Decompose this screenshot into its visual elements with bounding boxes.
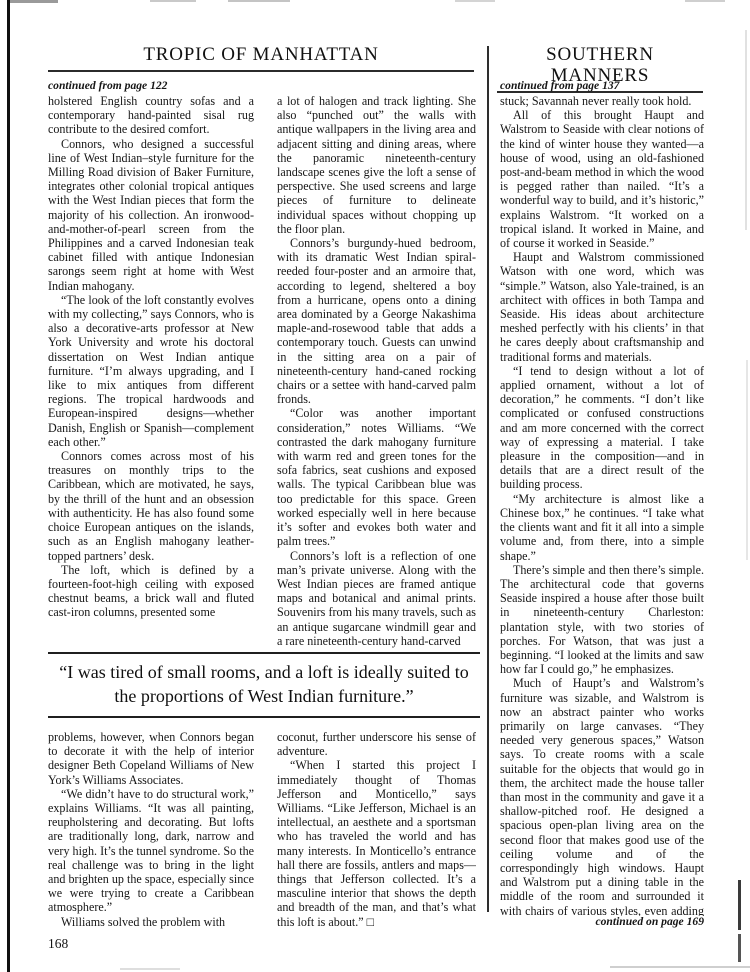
continued-from-notice-right: continued from page 137 — [500, 79, 704, 93]
scan-artifact — [150, 0, 196, 2]
left-article-title: TROPIC OF MANHATTAN — [48, 44, 474, 65]
paragraph-with-end-mark: “When I started this project I immediate… — [277, 758, 476, 928]
paragraph: Much of Haupt’s and Walstrom’s furniture… — [500, 676, 704, 916]
scan-artifact — [745, 30, 747, 230]
pull-quote: “I was tired of small rooms, and a loft … — [48, 652, 480, 718]
scan-artifact — [685, 0, 725, 2]
paragraph: “I tend to design without a lot of appli… — [500, 364, 704, 492]
left-article-column2-lower: coconut, further underscore his sense of… — [277, 730, 476, 935]
paragraph: a lot of halogen and track lighting. She… — [277, 94, 476, 236]
paragraph: problems, however, when Connors began to… — [48, 730, 254, 787]
scan-artifact — [610, 966, 750, 968]
scan-artifact — [228, 0, 290, 2]
scan-artifact — [120, 968, 180, 970]
paragraph: The loft, which is defined by a fourteen… — [48, 563, 254, 620]
left-article-column1-upper: holstered English country sofas and a co… — [48, 94, 254, 652]
magazine-page: TROPIC OF MANHATTAN SOUTHERN MANNERS con… — [0, 0, 750, 972]
scan-artifact — [746, 360, 748, 560]
paragraph: coconut, further underscore his sense of… — [277, 730, 476, 758]
paragraph: Williams solved the problem with — [48, 915, 254, 929]
paragraph: “Color was another important considerati… — [277, 406, 476, 548]
paragraph: Connors’s loft is a reflection of one ma… — [277, 549, 476, 648]
left-article-header: TROPIC OF MANHATTAN — [48, 44, 474, 72]
paragraph: “The look of the loft constantly evolves… — [48, 293, 254, 449]
paragraph: There’s simple and then there’s simple. … — [500, 563, 704, 677]
left-article-column2-upper: a lot of halogen and track lighting. She… — [277, 94, 476, 652]
page-gutter-edge-line — [7, 0, 10, 972]
paragraph: Connors comes across most of his treasur… — [48, 449, 254, 563]
paragraph: Haupt and Walstrom commissioned Watson w… — [500, 250, 704, 364]
article-divider-rule — [487, 46, 489, 912]
right-article-column: stuck; Savannah never really took hold. … — [500, 94, 704, 916]
scan-artifact — [738, 880, 741, 930]
page-number: 168 — [48, 936, 68, 952]
paragraph: stuck; Savannah never really took hold. — [500, 94, 704, 108]
paragraph: Connors, who designed a successful line … — [48, 137, 254, 293]
left-article-column1-lower: problems, however, when Connors began to… — [48, 730, 254, 935]
continued-from-notice-left: continued from page 122 — [48, 79, 254, 93]
scan-artifact — [455, 0, 495, 2]
paragraph: All of this brought Haupt and Walstrom t… — [500, 108, 704, 250]
paragraph: “My architecture is almost like a Chines… — [500, 492, 704, 563]
scan-artifact — [10, 0, 58, 3]
paragraph: “We didn’t have to do structural work,” … — [48, 787, 254, 915]
scan-artifact — [738, 934, 741, 962]
paragraph: Connors’s burgundy-hued bedroom, with it… — [277, 236, 476, 406]
continued-on-notice: continued on page 169 — [500, 915, 704, 928]
paragraph: holstered English country sofas and a co… — [48, 94, 254, 137]
